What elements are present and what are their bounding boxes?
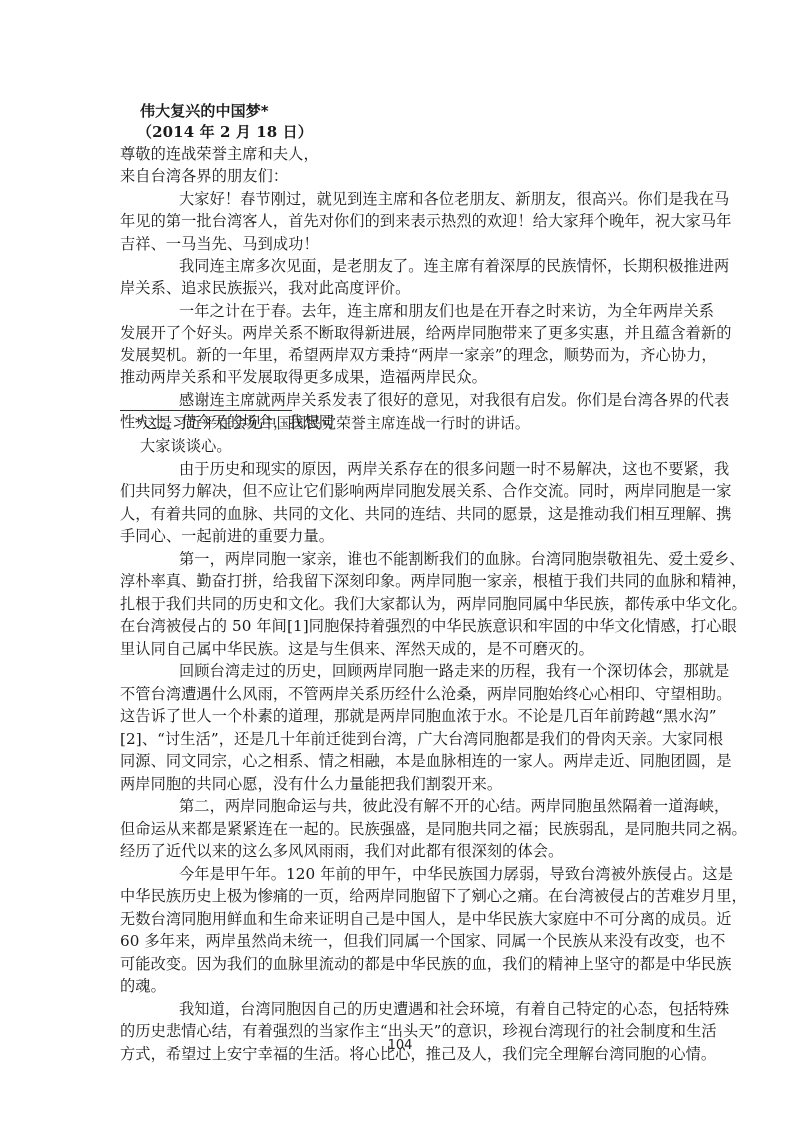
- text-line: 两岸同胞的共同心愿，没有什么力量能把我们割裂开来。: [120, 773, 502, 795]
- text-line: 淳朴率真、勤奋打拼，给我留下深刻印象。两岸同胞一家亲，根植于我们共同的血脉和精神…: [120, 570, 686, 592]
- text-line: 一年之计在于春。去年，连主席和朋友们也是在开春之时来访，为全年两岸关系: [120, 300, 686, 322]
- text-line: 同源、同文同宗，心之相系、情之相融，本是血脉相连的一家人。两岸走近、同胞团圆，是: [120, 750, 686, 772]
- text-line: 无数台湾同胞用鲜血和生命来证明自己是中国人，是中华民族大家庭中不可分离的成员。近: [120, 908, 686, 930]
- text-line: 吉祥、一马当先、马到成功！: [120, 233, 319, 255]
- salutation-line-1: 尊敬的连战荣誉主席和夫人，: [120, 143, 319, 165]
- text-line: 第二，两岸同胞命运与共，彼此没有解不开的心结。两岸同胞虽然隔着一道海峡，: [120, 795, 686, 817]
- text-line: 不管台湾遭遇什么风雨，不管两岸关系历经什么沧桑，两岸同胞始终心心相印、守望相助。: [120, 683, 686, 705]
- text-line: 由于历史和现实的原因，两岸关系存在的很多问题一时不易解决，这也不要紧，我: [120, 458, 686, 480]
- text-line: 的魂。: [120, 975, 166, 997]
- text-line: 这告诉了世人一个朴素的道理，那就是两岸同胞血浓于水。不论是几百年前跨越“黑水沟”: [120, 705, 686, 727]
- text-line: 60 多年来，两岸虽然尚未统一，但我们同属一个国家、同属一个民族从来没有改变，也…: [120, 930, 686, 952]
- text-line: 我知道，台湾同胞因自己的历史遭遇和社会环境，有着自己特定的心态，包括特殊: [120, 998, 686, 1020]
- text-line: 在台湾被侵占的 50 年间[1]同胞保持着强烈的中华民族意识和牢固的中华文化情感…: [120, 615, 686, 637]
- text-line: 但命运从来都是紧紧连在一起的。民族强盛，是同胞共同之福；民族弱乱，是同胞共同之祸…: [120, 818, 686, 840]
- text-line: [2]、“讨生活”，还是几十年前迁徙到台湾，广大台湾同胞都是我们的骨肉天亲。大家…: [120, 728, 686, 750]
- footnote-rule: [120, 410, 292, 411]
- text-line: 发展契机。新的一年里，希望两岸双方秉持“两岸一家亲”的理念，顺势而为，齐心协力，: [120, 344, 686, 366]
- speech-title: 伟大复兴的中国梦*: [140, 100, 269, 122]
- text-line: 第一，两岸同胞一家亲，谁也不能割断我们的血脉。台湾同胞崇敬祖先、爱土爱乡、: [120, 548, 686, 570]
- text-line: 经历了近代以来的这么多风风雨雨，我们对此都有很深刻的体会。: [120, 840, 563, 862]
- text-line: 回顾台湾走过的历史，回顾两岸同胞一路走来的历程，我有一个深切体会，那就是: [120, 660, 686, 682]
- text-line: 岸关系、追求民族振兴，我对此高度评价。: [120, 277, 410, 299]
- text-line: 今年是甲午年。120 年前的甲午，中华民族国力孱弱，导致台湾被外族侵占。这是: [120, 863, 686, 885]
- text-line: 人，有着共同的血脉、共同的文化、共同的连结、共同的愿景，这是推动我们相互理解、携: [120, 503, 686, 525]
- text-line: 大家好！春节刚过，就见到连主席和各位老朋友、新朋友，很高兴。你们是我在马: [120, 188, 686, 210]
- text-line: 可能改变。因为我们的血脉里流动的都是中华民族的血，我们的精神上坚守的都是中华民族: [120, 953, 686, 975]
- text-line: 们共同努力解决，但不应让它们影响两岸同胞发展关系、合作交流。同时，两岸同胞是一家: [120, 480, 686, 502]
- text-line: 我同连主席多次见面，是老朋友了。连主席有着深厚的民族情怀，长期积极推进两: [120, 255, 686, 277]
- page-number: 104: [0, 1038, 800, 1053]
- footnote: *这是习近平在会见中国国民党荣誉主席连战一行时的讲话。: [135, 413, 530, 435]
- text-line: 推动两岸关系和平发展取得更多成果，造福两岸民众。: [120, 366, 487, 388]
- text-line: 发展开了个好头。两岸关系不断取得新进展，给两岸同胞带来了更多实惠，并且蕴含着新的: [120, 322, 686, 344]
- speech-date: （2014 年 2 月 18 日）: [137, 121, 313, 143]
- text-line: 年见的第一批台湾客人，首先对你们的到来表示热烈的欢迎！给大家拜个晚年，祝大家马年: [120, 210, 686, 232]
- text-line: 扎根于我们共同的历史和文化。我们大家都认为，两岸同胞同属中华民族，都传承中华文化…: [120, 593, 686, 615]
- text-line: 感谢连主席就两岸关系发表了很好的意见，对我很有启发。你们是台湾各界的代表: [120, 389, 686, 411]
- text-line: 里认同自己属中华民族。这是与生俱来、浑然天成的，是不可磨灭的。: [120, 638, 594, 660]
- text-line: 大家谈谈心。: [140, 435, 232, 457]
- salutation-line-2: 来自台湾各界的朋友们：: [120, 165, 288, 187]
- text-line: 手同心、一起前进的重要力量。: [120, 525, 334, 547]
- text-line: 中华民族历史上极为惨痛的一页，给两岸同胞留下了剜心之痛。在台湾被侵占的苦难岁月里…: [120, 885, 686, 907]
- document-page: 伟大复兴的中国梦* （2014 年 2 月 18 日） 尊敬的连战荣誉主席和夫人…: [0, 0, 800, 1131]
